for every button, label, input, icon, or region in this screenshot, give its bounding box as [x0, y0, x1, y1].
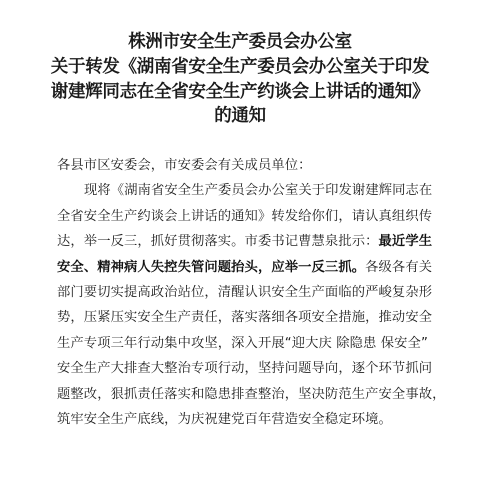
title-line-2: 关于转发《湖南省安全生产委员会办公室关于印发: [0, 55, 480, 80]
body-text: 各级各有关: [365, 260, 432, 275]
highlighted-instruction: 最近学生: [379, 234, 433, 249]
body-line-4: 安全、精神病人失控失管问题抬头，应举一反三抓。各级各有关: [57, 255, 435, 280]
body-text: 安全生产大排查大整治专项行动，坚持问题导向，逐个环节抓问: [57, 361, 432, 376]
body-text: 达，举一反三，抓好贯彻落实。市委书记曹慧泉批示：: [57, 234, 379, 249]
body-text: 现将《湖南省安全生产委员会办公室关于印发谢建辉同志在: [84, 183, 432, 198]
document-page: 株洲市安全生产委员会办公室 关于转发《湖南省安全生产委员会办公室关于印发 谢建辉…: [0, 0, 480, 480]
highlighted-instruction: 安全、精神病人失控失管问题抬头，应举一反三抓。: [57, 260, 365, 275]
body-line-3: 达，举一反三，抓好贯彻落实。市委书记曹慧泉批示：最近学生: [57, 229, 435, 254]
title-line-3: 谢建辉同志在全省安全生产约谈会上讲话的通知》: [0, 80, 480, 105]
body-line-2: 全省安全生产约谈会上讲话的通知》转发给你们，请认真组织传: [57, 204, 435, 229]
title-line-1: 株洲市安全生产委员会办公室: [0, 30, 480, 55]
body-line-5: 部门要切实提高政治站位，清醒认识安全生产面临的严峻复杂形: [57, 280, 435, 305]
body-line-1: 现将《湖南省安全生产委员会办公室关于印发谢建辉同志在: [57, 178, 435, 203]
title-line-4: 的通知: [0, 104, 480, 129]
document-title: 株洲市安全生产委员会办公室 关于转发《湖南省安全生产委员会办公室关于印发 谢建辉…: [0, 30, 480, 129]
body-text: 筑牢安全生产底线，为庆祝建党百年营造安全稳定环境。: [57, 412, 392, 427]
body-line-8: 安全生产大排查大整治专项行动，坚持问题导向，逐个环节抓问: [57, 356, 435, 381]
body-text: 生产专项三年行动集中攻坚，深入开展“迎大庆 除隐患 保安全”: [57, 336, 428, 351]
salutation: 各县市区安委会，市安委会有关成员单位：: [57, 153, 435, 178]
body-line-6: 势，压紧压实安全生产责任，落实落细各项安全措施，推动安全: [57, 305, 435, 330]
body-line-10: 筑牢安全生产底线，为庆祝建党百年营造安全稳定环境。: [57, 407, 435, 432]
body-line-7: 生产专项三年行动集中攻坚，深入开展“迎大庆 除隐患 保安全”: [57, 331, 435, 356]
body-text: 题整改，狠抓责任落实和隐患排查整治，坚决防范生产安全事故，: [57, 387, 446, 402]
body-text: 部门要切实提高政治站位，清醒认识安全生产面临的严峻复杂形: [57, 285, 432, 300]
body-text: 全省安全生产约谈会上讲话的通知》转发给你们，请认真组织传: [57, 209, 432, 224]
document-body: 各县市区安委会，市安委会有关成员单位： 现将《湖南省安全生产委员会办公室关于印发…: [57, 153, 435, 432]
body-line-9: 题整改，狠抓责任落实和隐患排查整治，坚决防范生产安全事故，: [57, 382, 435, 407]
body-text: 势，压紧压实安全生产责任，落实落细各项安全措施，推动安全: [57, 310, 432, 325]
